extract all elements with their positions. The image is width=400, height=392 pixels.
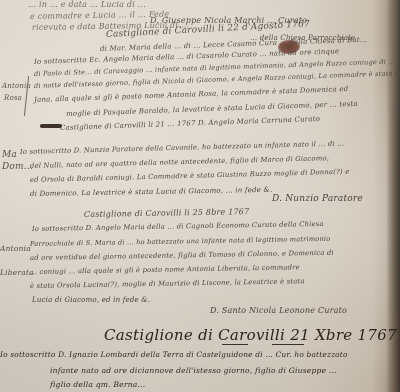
signature: D. Santo Nicola Leonone Curato bbox=[210, 306, 347, 315]
entry-heading: Castiglione di Carovilli li 25 8bre 1767 bbox=[84, 207, 249, 219]
signature: D. Nunzio Paratore bbox=[272, 194, 363, 204]
document-photo: ... in ... e data ... Lucia di ... e com… bbox=[0, 0, 400, 392]
text-line: figlio della qm. Berna... bbox=[50, 380, 145, 389]
text-line: ed Orsola di Baraldi coniugi. La Commadr… bbox=[30, 168, 350, 184]
entry-heading: Castiglione di Carovilli 21 Xbre 1767 bbox=[104, 326, 397, 344]
text-line: Io sottoscritto D. Angelo Maria della ..… bbox=[32, 220, 324, 233]
margin-note: Dom... bbox=[2, 162, 33, 172]
text-line: infante nato ad ore diciannove dell'iste… bbox=[50, 366, 337, 375]
text-line: Castiglione di Carovilli li 21 ... 1767 … bbox=[60, 115, 320, 132]
text-line: è stata Orsola Lucina(?), moglie di Maur… bbox=[30, 277, 305, 290]
text-line: ... coniugi ... alla quale si gli è post… bbox=[30, 263, 300, 276]
text-line: Io sottoscritto D. Ignazio Lombardi dell… bbox=[0, 350, 348, 359]
text-line: ad ore ventidue del giorno antecedente, … bbox=[30, 249, 334, 262]
crossed-out-word bbox=[40, 124, 62, 128]
margin-note: Ma bbox=[2, 150, 17, 160]
text-line: ... in ... e data ... Lucia di ... bbox=[28, 0, 146, 9]
year-underline bbox=[272, 344, 304, 345]
text-line: Parrocchiale di S. Maria di ... ho batte… bbox=[30, 235, 331, 248]
text-line: Lucia di Giacomo, ed in fede &. bbox=[32, 296, 150, 304]
text-line: Io sottoscritto D. Nunzio Paratore della… bbox=[20, 140, 344, 156]
margin-note: Rosa bbox=[4, 94, 22, 102]
text-line: del Nulli, nato ad ore quattro della not… bbox=[30, 154, 329, 170]
text-line: di Domenico. La levatrice è stata Lucia … bbox=[30, 186, 272, 198]
date-underline bbox=[222, 344, 248, 345]
margin-note: Antonia bbox=[0, 244, 31, 253]
text-line: e commadre e Lucia ... il ... Fede bbox=[30, 10, 169, 21]
margin-note: Antonia bbox=[2, 82, 31, 90]
margin-note: Liberata bbox=[0, 268, 34, 277]
